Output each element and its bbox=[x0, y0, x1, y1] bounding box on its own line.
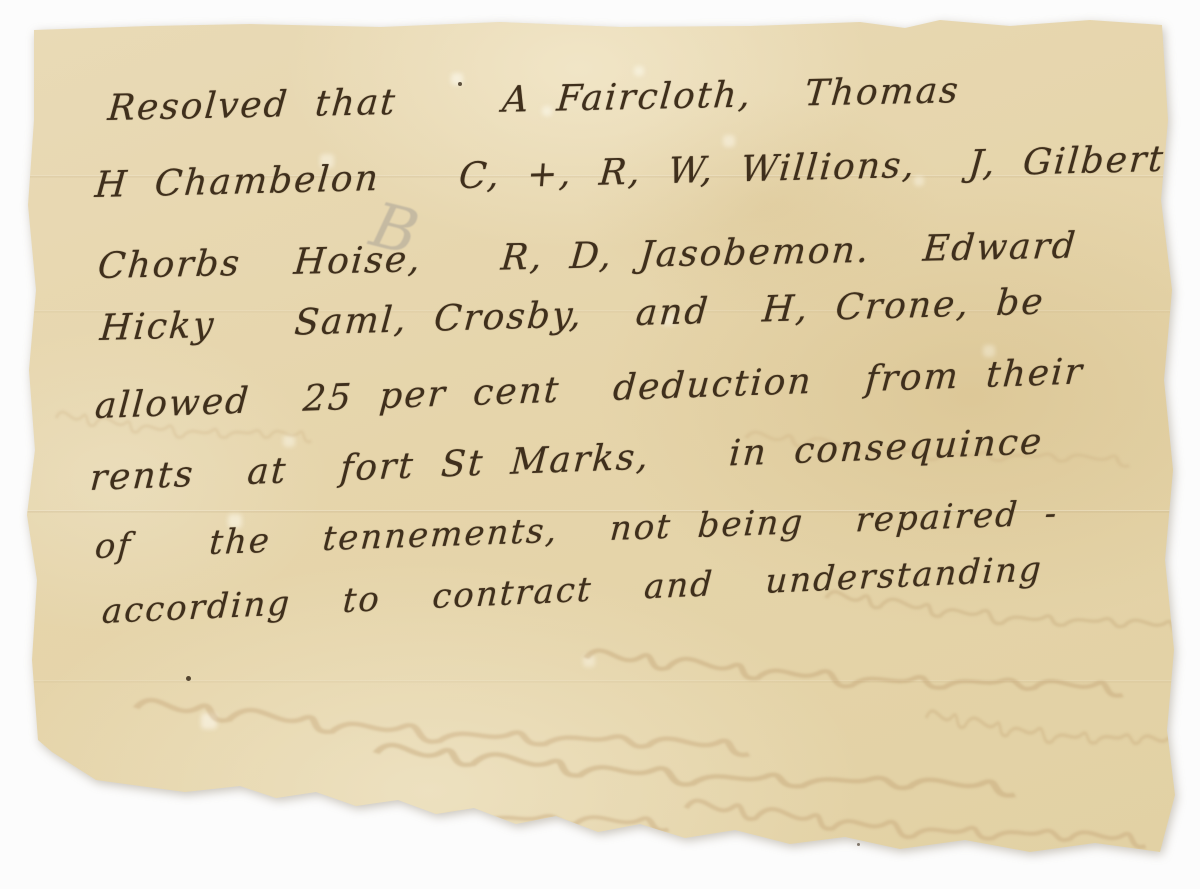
handwritten-line-5: allowed 25 per cent deduction from their bbox=[94, 351, 1086, 427]
ink-speck bbox=[857, 843, 860, 846]
scan-background: B Resolved that A Faircloth, Thomas H Ch… bbox=[0, 0, 1200, 889]
handwritten-line-6: rents at fort St Marks, in consequince bbox=[89, 421, 1045, 499]
ink-speck bbox=[458, 82, 462, 86]
handwritten-line-4: Hicky Saml, Crosby, and H, Crone, be bbox=[98, 282, 1046, 349]
ink-speck bbox=[186, 676, 191, 681]
handwritten-line-2: H Chambelon C, +, R, W, Willions, J, Gil… bbox=[93, 139, 1166, 206]
handwriting-layer: B Resolved that A Faircloth, Thomas H Ch… bbox=[0, 0, 1200, 889]
handwritten-line-1: Resolved that A Faircloth, Thomas bbox=[106, 70, 961, 129]
handwritten-line-3: Chorbs Hoise, R, D, Jasobemon. Edward bbox=[96, 225, 1078, 287]
